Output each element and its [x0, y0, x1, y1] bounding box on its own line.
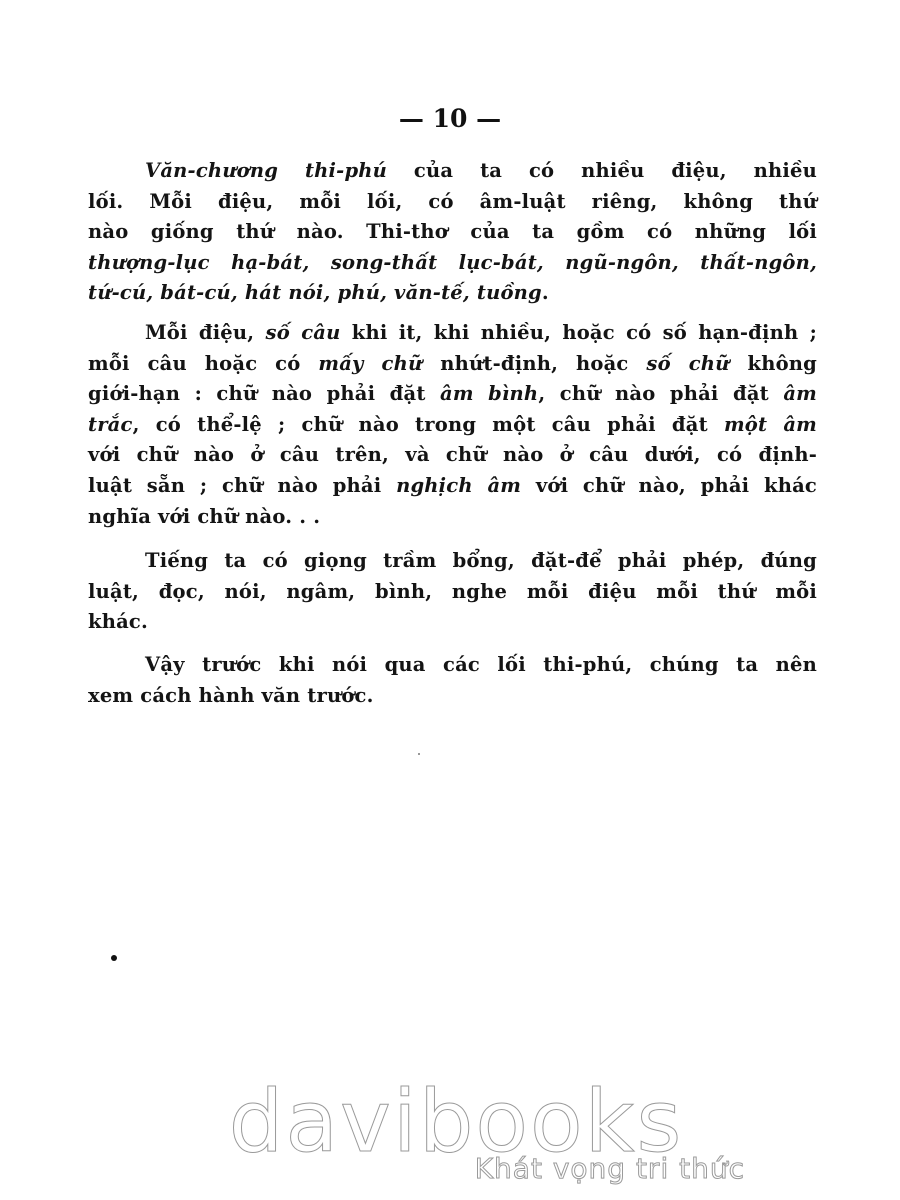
scan-speck — [418, 753, 420, 755]
text-line: Mỗi điệu, số câu khi it, khi nhiều, hoặc… — [88, 318, 817, 349]
text-line: với chữ nào ở câu trên, và chữ nào ở câu… — [88, 440, 817, 471]
italic-term: số câu — [266, 321, 341, 344]
text-line: lối. Mỗi điệu, mỗi lối, có âm-luật riêng… — [88, 187, 817, 218]
text-run: nghĩa với chữ nào. . . — [88, 505, 320, 528]
italic-term: một âm — [724, 413, 817, 436]
paragraph-2: Mỗi điệu, số câu khi it, khi nhiều, hoặc… — [88, 318, 817, 532]
text-run: Mỗi điệu, — [145, 321, 266, 344]
italic-term: trắc — [88, 413, 133, 436]
italic-term: âm bình — [440, 382, 538, 405]
text-line: luật sẵn ; chữ nào phải nghịch âm với ch… — [88, 471, 817, 502]
book-page: — 10 — Văn-chương thi-phú của ta có nhiề… — [0, 0, 900, 1200]
text-run: Tiếng ta có giọng trầm bổng, đặt-để phải… — [145, 549, 817, 572]
paragraph-4: Vậy trước khi nói qua các lối thi-phú, c… — [88, 650, 817, 711]
italic-term: nghịch âm — [396, 474, 521, 497]
text-line: tứ-cú, bát-cú, hát nói, phú, văn-tế, tuồ… — [88, 278, 817, 309]
italic-term: Văn-chương thi-phú — [145, 159, 387, 182]
text-run: xem cách hành văn trước. — [88, 684, 374, 707]
italic-term: thượng-lục hạ-bát, song-thất lục-bát, ng… — [88, 251, 817, 274]
text-line: Vậy trước khi nói qua các lối thi-phú, c… — [88, 650, 817, 681]
text-run: . — [542, 281, 549, 304]
text-line: trắc, có thể-lệ ; chữ nào trong một câu … — [88, 410, 817, 441]
text-line: Tiếng ta có giọng trầm bổng, đặt-để phải… — [88, 546, 817, 577]
text-run: lối. Mỗi điệu, mỗi lối, có âm-luật riêng… — [88, 190, 817, 213]
text-run: luật, đọc, nói, ngâm, bình, nghe mỗi điệ… — [88, 580, 817, 603]
text-run: , chữ nào phải đặt — [538, 382, 783, 405]
text-line: nào giống thứ nào. Thi-thơ của ta gồm có… — [88, 217, 817, 248]
italic-term: tứ-cú, bát-cú, hát nói, phú, văn-tế, tuồ… — [88, 281, 542, 304]
text-run: nhứt-định, hoặc — [422, 352, 646, 375]
italic-term: âm — [783, 382, 817, 405]
paragraph-1: Văn-chương thi-phú của ta có nhiều điệu,… — [88, 156, 817, 309]
text-line: khác. — [88, 607, 817, 638]
text-line: thượng-lục hạ-bát, song-thất lục-bát, ng… — [88, 248, 817, 279]
page-number: — 10 — — [0, 104, 900, 133]
text-run: , có thể-lệ ; chữ nào trong một câu phải… — [133, 413, 724, 436]
text-run: Vậy trước khi nói qua các lối thi-phú, c… — [145, 653, 817, 676]
text-run: luật sẵn ; chữ nào phải — [88, 474, 396, 497]
italic-term: số chữ — [646, 352, 729, 375]
text-line: giới-hạn : chữ nào phải đặt âm bình, chữ… — [88, 379, 817, 410]
text-run: nào giống thứ nào. Thi-thơ của ta gồm có… — [88, 220, 817, 243]
watermark-tagline: Khát vọng tri thức — [145, 1152, 745, 1185]
text-run: với chữ nào, phải khác — [521, 474, 817, 497]
text-run: khi it, khi nhiều, hoặc có số hạn-định ; — [340, 321, 817, 344]
text-run: giới-hạn : chữ nào phải đặt — [88, 382, 440, 405]
text-run: khác. — [88, 610, 148, 633]
italic-term: mấy chữ — [318, 352, 422, 375]
text-run: không — [730, 352, 817, 375]
text-line: Văn-chương thi-phú của ta có nhiều điệu,… — [88, 156, 817, 187]
text-line: nghĩa với chữ nào. . . — [88, 502, 817, 533]
text-line: luật, đọc, nói, ngâm, bình, nghe mỗi điệ… — [88, 577, 817, 608]
paragraph-3: Tiếng ta có giọng trầm bổng, đặt-để phải… — [88, 546, 817, 638]
text-run: mỗi câu hoặc có — [88, 352, 318, 375]
text-line: mỗi câu hoặc có mấy chữ nhứt-định, hoặc … — [88, 349, 817, 380]
text-line: xem cách hành văn trước. — [88, 681, 817, 712]
text-run: với chữ nào ở câu trên, và chữ nào ở câu… — [88, 443, 817, 466]
text-run: của ta có nhiều điệu, nhiều — [387, 159, 817, 182]
scan-dot — [111, 955, 117, 961]
